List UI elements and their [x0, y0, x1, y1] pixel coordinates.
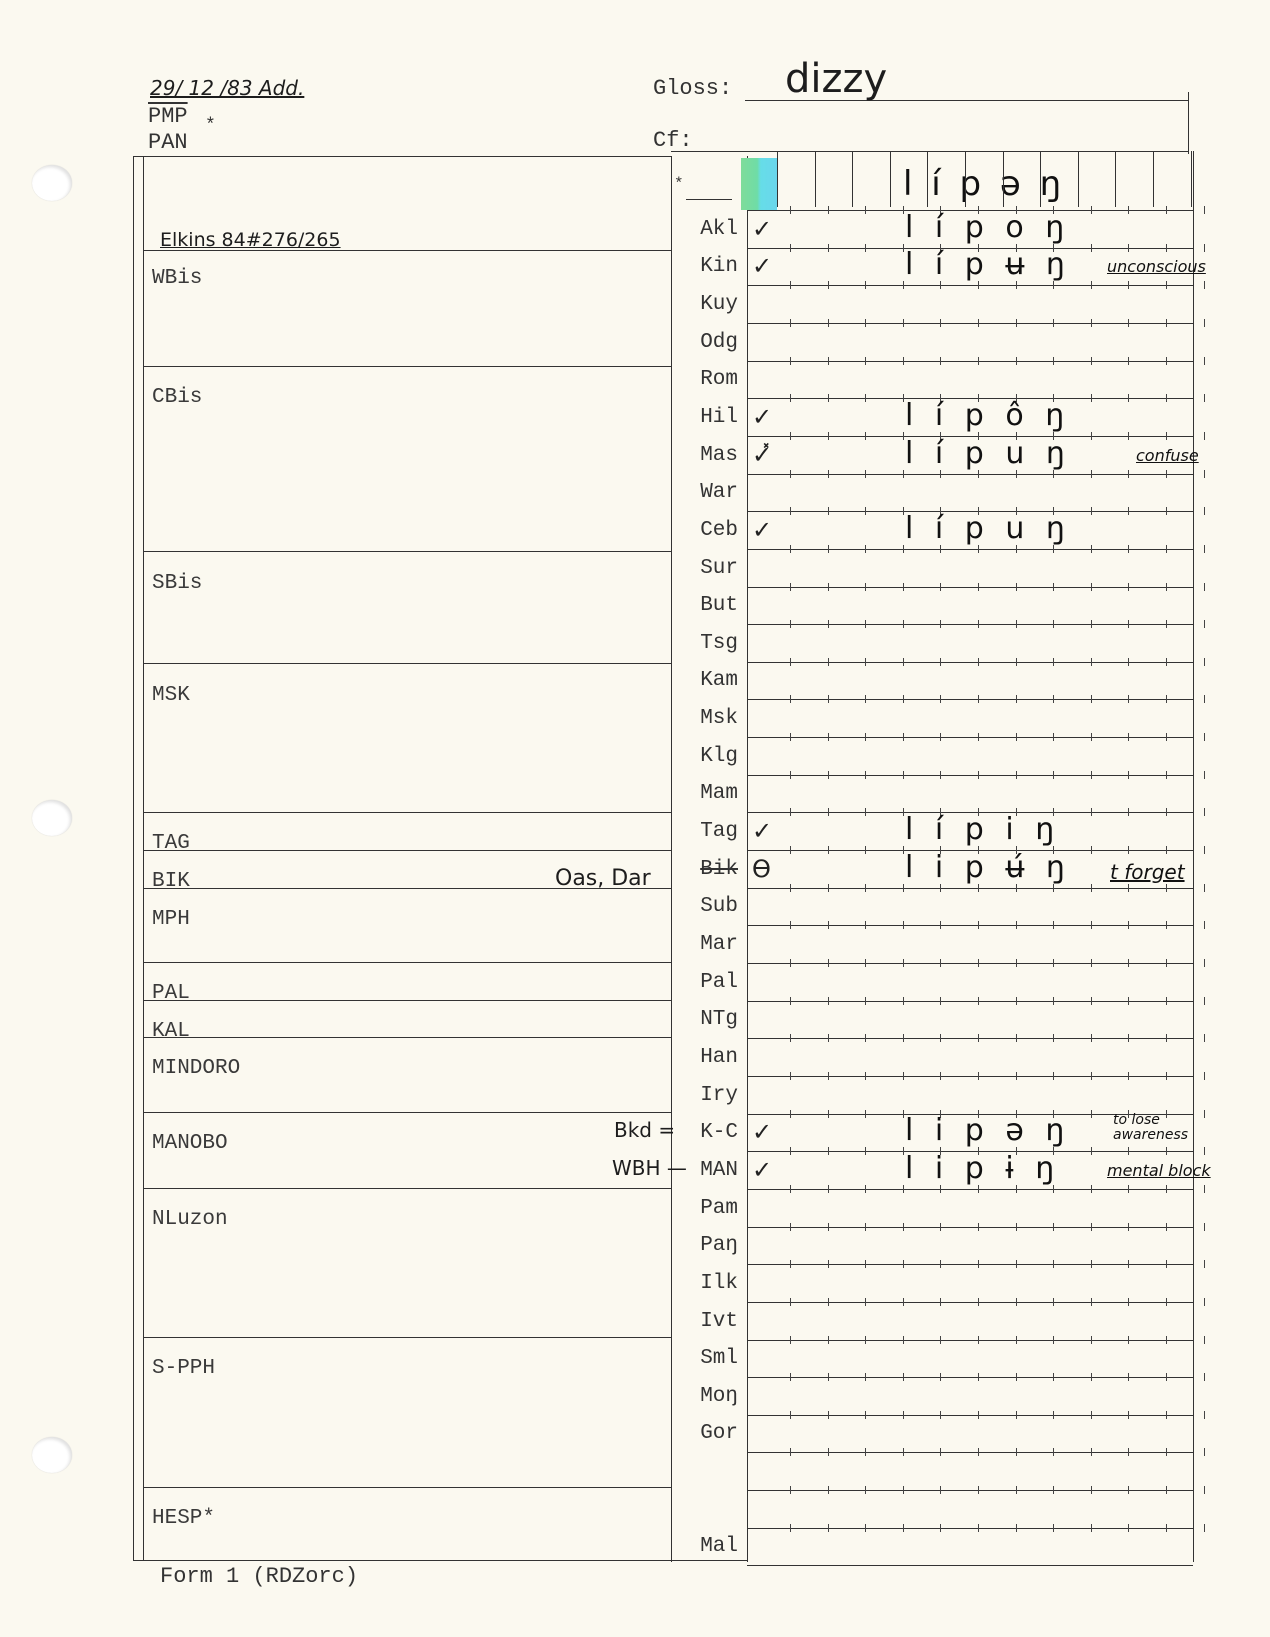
row-tick [978, 1260, 979, 1268]
row-tick [828, 1486, 829, 1494]
group-divider [143, 250, 671, 251]
row-tick [865, 959, 866, 967]
row-tick [1204, 1185, 1205, 1193]
row-tick [978, 357, 979, 365]
row-tick [903, 771, 904, 779]
row-tick [865, 206, 866, 214]
row-rule [747, 1264, 1193, 1265]
row-tick [940, 1336, 941, 1344]
row-rule [747, 699, 1193, 700]
group-divider [143, 663, 671, 664]
row-tick [1016, 1223, 1017, 1231]
row-tick [1016, 1034, 1017, 1042]
row-tick [1091, 695, 1092, 703]
row-tick [1128, 1072, 1129, 1080]
row-tick [790, 1260, 791, 1268]
row-tick [940, 997, 941, 1005]
row-tick [1166, 808, 1167, 816]
row-tick [903, 545, 904, 553]
row-tick [1204, 1223, 1205, 1231]
row-tick [865, 1034, 866, 1042]
row-tick [1128, 1147, 1129, 1155]
row-tick [978, 1034, 979, 1042]
row-tick [1016, 921, 1017, 929]
row-tick [903, 432, 904, 440]
row-tick [1016, 1336, 1017, 1344]
row-tick [1166, 1336, 1167, 1344]
row-tick [1091, 771, 1092, 779]
row-tick [1128, 1185, 1129, 1193]
language-code: Pal [672, 971, 738, 994]
row-tick [940, 959, 941, 967]
row-tick [978, 959, 979, 967]
row-tick [1016, 583, 1017, 591]
row-tick [865, 1223, 866, 1231]
row-tick [828, 771, 829, 779]
row-tick [865, 1298, 866, 1306]
row-tick [1204, 281, 1205, 289]
row-tick [1166, 432, 1167, 440]
row-tick [940, 470, 941, 478]
row-tick [865, 921, 866, 929]
row-tick [1204, 1072, 1205, 1080]
language-code: Sml [672, 1347, 738, 1370]
row-tick [1091, 733, 1092, 741]
row-tick [865, 1524, 866, 1532]
row-tick [790, 620, 791, 628]
row-tick [790, 1185, 791, 1193]
row-tick [790, 1486, 791, 1494]
language-code: Msk [672, 707, 738, 730]
group-label: MSK [152, 684, 190, 707]
row-tick [865, 545, 866, 553]
row-tick [1053, 1486, 1054, 1494]
gloss-note: t forget [1110, 860, 1185, 884]
row-tick [1091, 959, 1092, 967]
group-label: KAL [152, 1020, 190, 1043]
row-tick [903, 1411, 904, 1419]
language-code: Odg [672, 331, 738, 354]
row-tick [1128, 432, 1129, 440]
row-tick [1166, 1072, 1167, 1080]
row-tick [865, 1411, 866, 1419]
left-box-top [133, 156, 672, 157]
row-tick [940, 1185, 941, 1193]
row-tick [828, 1260, 829, 1268]
row-tick [865, 808, 866, 816]
language-code: Mas [672, 444, 738, 467]
row-tick [1091, 432, 1092, 440]
row-tick [790, 1110, 791, 1118]
row-tick [1204, 695, 1205, 703]
group-divider [143, 1188, 671, 1189]
row-tick [1128, 1448, 1129, 1456]
language-code: Kin [672, 255, 738, 278]
gloss-note: confuse [1136, 446, 1199, 465]
row-tick [1128, 244, 1129, 252]
header-grid-column [965, 151, 966, 207]
language-code: Iry [672, 1084, 738, 1107]
language-code: Tag [672, 820, 738, 843]
row-tick [828, 319, 829, 327]
row-tick [1128, 733, 1129, 741]
row-tick [940, 281, 941, 289]
row-tick [978, 733, 979, 741]
row-tick [978, 1336, 979, 1344]
row-rule [747, 1452, 1193, 1453]
row-tick [865, 1260, 866, 1268]
row-tick [790, 1448, 791, 1456]
row-tick [1053, 959, 1054, 967]
row-tick [828, 1411, 829, 1419]
group-label: CBis [152, 386, 202, 409]
gloss-note: unconscious [1107, 257, 1206, 276]
row-tick [1166, 281, 1167, 289]
row-tick [1091, 1072, 1092, 1080]
row-tick [1091, 357, 1092, 365]
row-tick [1053, 357, 1054, 365]
row-tick [790, 771, 791, 779]
reflex-form: l í p ô ŋ [905, 398, 1070, 433]
language-code: Gor [672, 1422, 738, 1445]
row-rule [747, 587, 1193, 588]
row-tick [790, 545, 791, 553]
row-tick [865, 394, 866, 402]
reconstruction-blank [686, 199, 732, 200]
row-tick [865, 1448, 866, 1456]
highlighter-mark [741, 158, 777, 210]
reflex-form: l i p ʉ́ ŋ [905, 850, 1071, 885]
row-tick [865, 1336, 866, 1344]
row-tick [1166, 206, 1167, 214]
row-tick [1204, 620, 1205, 628]
row-tick [1128, 921, 1129, 929]
row-tick [1128, 319, 1129, 327]
check-mark: ✓ [752, 516, 772, 544]
check-mark: ϴ [752, 855, 771, 883]
grid-bottom [747, 1565, 1193, 1566]
row-tick [1166, 1448, 1167, 1456]
language-code: Ilk [672, 1272, 738, 1295]
row-tick [865, 997, 866, 1005]
row-tick [790, 1411, 791, 1419]
row-tick [940, 620, 941, 628]
row-rule [747, 1490, 1193, 1491]
row-tick [1053, 1298, 1054, 1306]
row-tick [1204, 432, 1205, 440]
group-divider [143, 551, 671, 552]
reflex-form: l i p ɨ ŋ [905, 1151, 1060, 1186]
group-label: MINDORO [152, 1057, 240, 1080]
row-tick [1053, 658, 1054, 666]
row-tick [1128, 1260, 1129, 1268]
row-tick [1053, 1260, 1054, 1268]
row-tick [1166, 658, 1167, 666]
row-tick [865, 470, 866, 478]
row-tick [1128, 1223, 1129, 1231]
language-alias-note: WBH — [612, 1156, 687, 1180]
row-tick [1166, 244, 1167, 252]
row-tick [903, 1486, 904, 1494]
row-tick [828, 1524, 829, 1532]
row-tick [865, 884, 866, 892]
row-tick [1053, 1072, 1054, 1080]
header-grid-column [1078, 151, 1079, 207]
row-rule [747, 1377, 1193, 1378]
row-tick [1091, 1147, 1092, 1155]
row-tick [903, 1336, 904, 1344]
row-tick [790, 1147, 791, 1155]
language-code: Akl [672, 218, 738, 241]
row-tick [1128, 470, 1129, 478]
row-rule [747, 474, 1193, 475]
row-tick [790, 206, 791, 214]
row-tick [978, 658, 979, 666]
language-code: K-C [672, 1121, 738, 1144]
row-tick [828, 357, 829, 365]
row-tick [1166, 1298, 1167, 1306]
row-tick [1128, 959, 1129, 967]
group-label: SBis [152, 572, 202, 595]
row-tick [828, 1373, 829, 1381]
row-tick [1128, 658, 1129, 666]
gloss-note: to lose awareness [1113, 1113, 1197, 1143]
row-tick [903, 1298, 904, 1306]
row-tick [865, 1373, 866, 1381]
row-tick [790, 1223, 791, 1231]
row-tick [1016, 1373, 1017, 1381]
language-code: Bik [672, 858, 738, 881]
row-tick [903, 357, 904, 365]
row-tick [1091, 206, 1092, 214]
group-label: S-PPH [152, 1357, 215, 1380]
row-tick [978, 884, 979, 892]
row-tick [903, 846, 904, 854]
language-code: Mam [672, 782, 738, 805]
row-tick [1128, 1336, 1129, 1344]
row-rule [747, 323, 1193, 324]
row-tick [1053, 1373, 1054, 1381]
row-tick [1016, 1411, 1017, 1419]
row-tick [1166, 771, 1167, 779]
row-tick [865, 1486, 866, 1494]
row-tick [1053, 1524, 1054, 1532]
row-tick [1204, 507, 1205, 515]
row-tick [1128, 808, 1129, 816]
row-tick [940, 884, 941, 892]
row-tick [940, 921, 941, 929]
reflex-form: l i p ə ŋ [905, 1113, 1070, 1148]
row-tick [1166, 470, 1167, 478]
row-tick [1166, 733, 1167, 741]
row-tick [1128, 357, 1129, 365]
row-tick [1128, 884, 1129, 892]
row-tick [1204, 1298, 1205, 1306]
row-tick [1128, 1034, 1129, 1042]
row-tick [903, 394, 904, 402]
check-mark: ✓ [752, 817, 772, 845]
row-tick [1204, 1110, 1205, 1118]
row-tick [903, 884, 904, 892]
check-mark: ✓̽ [752, 441, 772, 469]
row-tick [1204, 1034, 1205, 1042]
row-tick [940, 1524, 941, 1532]
row-tick [940, 1298, 941, 1306]
row-tick [790, 658, 791, 666]
group-divider [143, 366, 671, 367]
row-tick [1204, 1524, 1205, 1532]
pan-label: PAN [148, 130, 188, 155]
row-tick [1016, 1260, 1017, 1268]
row-tick [1166, 583, 1167, 591]
row-tick [978, 1486, 979, 1494]
row-tick [1053, 1185, 1054, 1193]
row-tick [1016, 1298, 1017, 1306]
row-tick [940, 357, 941, 365]
row-tick [940, 1373, 941, 1381]
row-tick [903, 1448, 904, 1456]
row-tick [790, 1373, 791, 1381]
row-tick [903, 1185, 904, 1193]
check-mark: ✓ [752, 1118, 772, 1146]
row-tick [865, 733, 866, 741]
row-tick [1091, 921, 1092, 929]
group-note: Oas, Dar [555, 866, 651, 891]
row-tick [903, 281, 904, 289]
row-tick [865, 1110, 866, 1118]
row-tick [828, 244, 829, 252]
row-tick [828, 658, 829, 666]
row-tick [1166, 1486, 1167, 1494]
row-tick [1091, 808, 1092, 816]
row-tick [1128, 695, 1129, 703]
language-code: NTg [672, 1008, 738, 1031]
row-tick [1016, 1448, 1017, 1456]
row-tick [1166, 846, 1167, 854]
row-tick [1091, 281, 1092, 289]
group-label: PAL [152, 982, 190, 1005]
row-tick [1091, 319, 1092, 327]
group-divider [143, 1000, 671, 1001]
row-tick [1128, 1524, 1129, 1532]
row-tick [940, 1260, 941, 1268]
reconstruction-star: * [674, 175, 684, 193]
row-tick [1091, 1411, 1092, 1419]
reflex-form: l í p ʉ ŋ [905, 247, 1071, 282]
row-tick [1166, 1147, 1167, 1155]
row-tick [1204, 884, 1205, 892]
check-mark: ✓ [752, 403, 772, 431]
row-tick [1128, 545, 1129, 553]
language-code: Han [672, 1046, 738, 1069]
row-tick [1091, 545, 1092, 553]
row-tick [903, 206, 904, 214]
row-tick [1204, 959, 1205, 967]
group-label: HESP* [152, 1507, 215, 1530]
row-tick [1091, 470, 1092, 478]
row-tick [1091, 1336, 1092, 1344]
row-tick [1128, 281, 1129, 289]
row-tick [940, 1411, 941, 1419]
language-code: Pam [672, 1197, 738, 1220]
row-tick [790, 1298, 791, 1306]
row-tick [1016, 281, 1017, 289]
row-tick [1091, 846, 1092, 854]
row-tick [1128, 997, 1129, 1005]
row-tick [1128, 771, 1129, 779]
row-tick [828, 808, 829, 816]
row-tick [903, 1260, 904, 1268]
row-tick [828, 620, 829, 628]
row-tick [903, 319, 904, 327]
header-grid-column [1115, 151, 1116, 207]
row-tick [1204, 583, 1205, 591]
row-tick [790, 921, 791, 929]
row-tick [790, 695, 791, 703]
row-tick [828, 1448, 829, 1456]
row-rule [747, 361, 1193, 362]
row-tick [1166, 319, 1167, 327]
row-tick [1016, 1524, 1017, 1532]
row-tick [940, 695, 941, 703]
row-tick [790, 470, 791, 478]
row-tick [865, 771, 866, 779]
row-tick [1016, 470, 1017, 478]
row-tick [978, 1411, 979, 1419]
row-tick [1016, 884, 1017, 892]
row-tick [1091, 1110, 1092, 1118]
group-label: TAG [152, 832, 190, 855]
row-tick [1053, 997, 1054, 1005]
row-tick [1166, 921, 1167, 929]
reflex-form: l í p u ŋ [905, 511, 1071, 546]
row-tick [828, 1110, 829, 1118]
row-tick [1091, 244, 1092, 252]
row-tick [1166, 1524, 1167, 1532]
row-tick [978, 1448, 979, 1456]
row-tick [1204, 921, 1205, 929]
row-tick [1091, 583, 1092, 591]
row-tick [1128, 620, 1129, 628]
row-tick [1166, 695, 1167, 703]
row-tick [1053, 1448, 1054, 1456]
row-tick [1091, 1486, 1092, 1494]
language-code: Mal [672, 1535, 738, 1558]
row-tick [978, 470, 979, 478]
row-tick [1016, 1486, 1017, 1494]
source-note: Elkins 84#276/265 [160, 229, 341, 251]
row-tick [1166, 997, 1167, 1005]
cf-label: Cf: [653, 128, 693, 153]
row-tick [1053, 921, 1054, 929]
row-tick [1166, 394, 1167, 402]
row-tick [940, 1223, 941, 1231]
row-tick [865, 1072, 866, 1080]
pmp-star: * [205, 116, 216, 136]
row-tick [978, 997, 979, 1005]
row-tick [1016, 733, 1017, 741]
row-tick [903, 583, 904, 591]
check-mark: ✓ [752, 1156, 772, 1184]
row-tick [828, 1185, 829, 1193]
row-tick [1091, 1185, 1092, 1193]
row-tick [790, 1034, 791, 1042]
row-tick [1091, 884, 1092, 892]
row-tick [1166, 1260, 1167, 1268]
gloss-value: dizzy [785, 56, 887, 102]
header-grid-column [777, 151, 778, 207]
row-tick [790, 733, 791, 741]
